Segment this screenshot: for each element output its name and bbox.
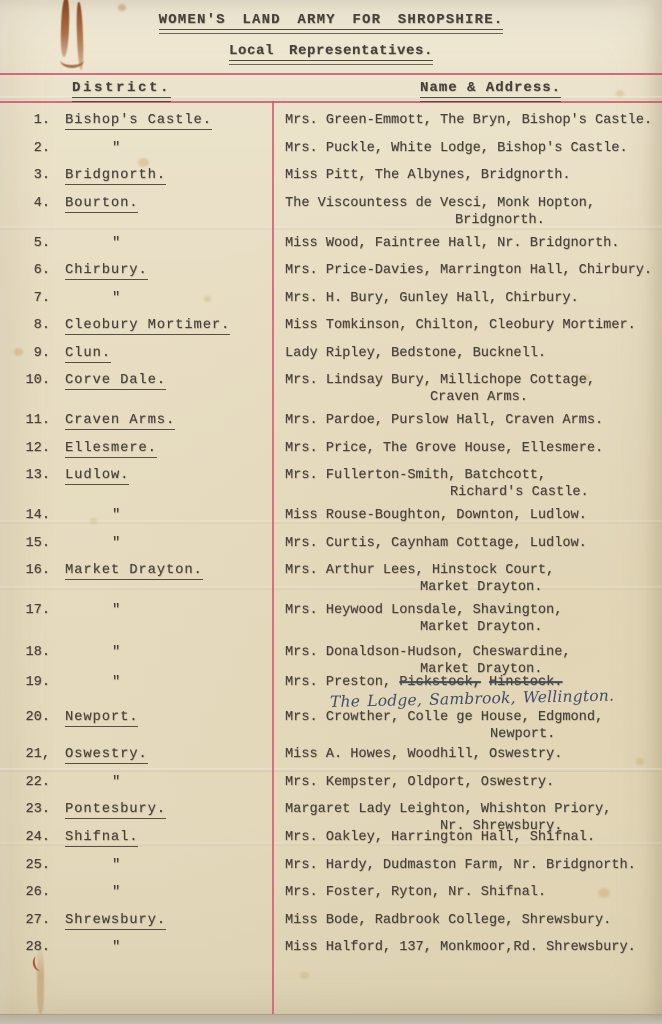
name-address-cell: Miss Rouse-Boughton, Downton, Ludlow.	[285, 507, 660, 524]
district-cell: Newport.	[65, 709, 138, 726]
address-line: Mrs. Fullerton-Smith, Batchcott,	[285, 467, 660, 484]
row-number: 25.	[18, 857, 50, 874]
row-number: 15.	[18, 535, 50, 552]
district-cell: "	[112, 644, 120, 661]
district-cell: Ellesmere.	[65, 440, 157, 457]
name-address-cell: The Viscountess de Vesci, Monk Hopton,Br…	[285, 195, 660, 229]
name-address-cell: Mrs. Arthur Lees, Hinstock Court,Market …	[285, 562, 660, 596]
address-line: Newport.	[490, 726, 660, 743]
address-text: Mrs. Preston,	[285, 675, 399, 690]
district-cell: Chirbury.	[65, 262, 148, 279]
district-cell: Pontesbury.	[65, 801, 166, 818]
table-row: 25. " Mrs. Hardy, Dudmaston Farm, Nr. Br…	[0, 857, 662, 874]
table-row: 13. Ludlow. Mrs. Fullerton-Smith, Batchc…	[0, 467, 662, 501]
table-row: 28. " Miss Halford, 137, Monkmoor,Rd. Sh…	[0, 939, 662, 956]
table-row: 2. " Mrs. Puckle, White Lodge, Bishop's …	[0, 140, 662, 157]
table-row: 20. Newport. Mrs. Crowther, Colle ge Hou…	[0, 709, 662, 743]
name-address-cell: Mrs. Fullerton-Smith, Batchcott,Richard'…	[285, 467, 660, 501]
district-cell: Bishop's Castle.	[65, 112, 212, 129]
table-row: 14. " Miss Rouse-Boughton, Downton, Ludl…	[0, 507, 662, 524]
row-number: 9.	[18, 345, 50, 362]
table-row: 17. " Mrs. Heywood Lonsdale, Shavington,…	[0, 602, 662, 636]
name-address-cell: Miss Pitt, The Albynes, Bridgnorth.	[285, 167, 660, 184]
name-address-cell: Mrs. H. Bury, Gunley Hall, Chirbury.	[285, 290, 660, 307]
row-number: 21,	[18, 746, 50, 763]
district-cell: Cleobury Mortimer.	[65, 317, 230, 334]
table-row: 18. " Mrs. Donaldson-Hudson, Cheswardine…	[0, 644, 662, 678]
district-cell: Clun.	[65, 345, 111, 362]
name-address-cell: Mrs. Preston, Pickstock, Hinstock.The Lo…	[285, 674, 660, 712]
row-number: 28.	[18, 939, 50, 956]
name-address-cell: Mrs. Puckle, White Lodge, Bishop's Castl…	[285, 140, 660, 157]
row-number: 26.	[18, 884, 50, 901]
district-cell: "	[112, 939, 120, 956]
district-cell: "	[112, 290, 120, 307]
district-cell: "	[112, 507, 120, 524]
horizontal-rule	[0, 73, 662, 75]
address-line: Mrs. Heywood Lonsdale, Shavington,	[285, 602, 660, 619]
row-number: 5.	[18, 235, 50, 252]
district-cell: Shrewsbury.	[65, 912, 166, 929]
table-row: 10. Corve Dale. Mrs. Lindsay Bury, Milli…	[0, 372, 662, 406]
district-cell: Shifnal.	[65, 829, 138, 846]
address-line: Miss A. Howes, Woodhill, Oswestry.	[285, 746, 660, 763]
district-cell: "	[112, 535, 120, 552]
document-subtitle-text: Local Representatives.	[229, 43, 433, 61]
struck-through-text: Pickstock,	[399, 675, 481, 690]
district-cell: "	[112, 235, 120, 252]
name-address-cell: Miss Wood, Faintree Hall, Nr. Bridgnorth…	[285, 235, 660, 252]
rows: 1. Bishop's Castle. Mrs. Green-Emmott, T…	[0, 112, 662, 967]
table-row: 26. " Mrs. Foster, Ryton, Nr. Shifnal.	[0, 884, 662, 901]
row-number: 20.	[18, 709, 50, 726]
name-address-cell: Mrs. Oakley, Harrington Hall, Shifnal.	[285, 829, 660, 846]
address-line: Mrs. Puckle, White Lodge, Bishop's Castl…	[285, 140, 660, 157]
name-address-cell: Mrs. Lindsay Bury, Millichope Cottage,Cr…	[285, 372, 660, 406]
name-address-cell: Miss Halford, 137, Monkmoor,Rd. Shrewsbu…	[285, 939, 660, 956]
fox-spot	[616, 90, 624, 97]
district-cell: "	[112, 884, 120, 901]
scan-edge	[0, 1014, 662, 1024]
address-line: Mrs. Price, The Grove House, Ellesmere.	[285, 440, 660, 457]
address-line: Mrs. H. Bury, Gunley Hall, Chirbury.	[285, 290, 660, 307]
table-row: 24. Shifnal. Mrs. Oakley, Harrington Hal…	[0, 829, 662, 846]
address-line: Mrs. Pardoe, Purslow Hall, Craven Arms.	[285, 412, 660, 429]
row-number: 10.	[18, 372, 50, 389]
address-line: Mrs. Lindsay Bury, Millichope Cottage,	[285, 372, 660, 389]
document-page: WOMEN'S LAND ARMY FOR SHROPSHIRE. Local …	[0, 0, 662, 1024]
district-cell: "	[112, 602, 120, 619]
name-address-cell: Lady Ripley, Bedstone, Bucknell.	[285, 345, 660, 362]
document-title-text: WOMEN'S LAND ARMY FOR SHROPSHIRE.	[159, 12, 504, 30]
table-row: 27. Shrewsbury. Miss Bode, Radbrook Coll…	[0, 912, 662, 929]
fox-spot	[118, 4, 126, 11]
name-address-cell: Mrs. Price, The Grove House, Ellesmere.	[285, 440, 660, 457]
address-line: Bridgnorth.	[455, 212, 660, 229]
district-cell: Bourton.	[65, 195, 138, 212]
row-number: 8.	[18, 317, 50, 334]
row-number: 11.	[18, 412, 50, 429]
name-address-cell: Mrs. Price-Davies, Marrington Hall, Chir…	[285, 262, 660, 279]
name-address-cell: Mrs. Green-Emmott, The Bryn, Bishop's Ca…	[285, 112, 660, 129]
name-address-cell: Mrs. Kempster, Oldport, Oswestry.	[285, 774, 660, 791]
address-line: Miss Wood, Faintree Hall, Nr. Bridgnorth…	[285, 235, 660, 252]
district-cell: Oswestry.	[65, 746, 148, 763]
row-number: 12.	[18, 440, 50, 457]
district-cell: Craven Arms.	[65, 412, 175, 429]
document-subtitle: Local Representatives.	[0, 43, 662, 65]
table-row: 4. Bourton. The Viscountess de Vesci, Mo…	[0, 195, 662, 229]
address-line: Richard's Castle.	[450, 484, 660, 501]
row-number: 16.	[18, 562, 50, 579]
address-line: Miss Rouse-Boughton, Downton, Ludlow.	[285, 507, 660, 524]
district-cell: "	[112, 774, 120, 791]
address-line: Mrs. Donaldson-Hudson, Cheswardine,	[285, 644, 660, 661]
address-line: Craven Arms.	[430, 389, 660, 406]
row-number: 22.	[18, 774, 50, 791]
address-line: The Viscountess de Vesci, Monk Hopton,	[285, 195, 660, 212]
document-title: WOMEN'S LAND ARMY FOR SHROPSHIRE.	[0, 12, 662, 34]
address-line: Lady Ripley, Bedstone, Bucknell.	[285, 345, 660, 362]
address-line: Mrs. Green-Emmott, The Bryn, Bishop's Ca…	[285, 112, 660, 129]
address-line: Mrs. Crowther, Colle ge House, Edgmond,	[285, 709, 660, 726]
address-line: Miss Bode, Radbrook College, Shrewsbury.	[285, 912, 660, 929]
row-number: 14.	[18, 507, 50, 524]
district-column-header: District.	[72, 80, 171, 102]
name-address-cell: Mrs. Donaldson-Hudson, Cheswardine,Marke…	[285, 644, 660, 678]
name-address-cell: Miss Tomkinson, Chilton, Cleobury Mortim…	[285, 317, 660, 334]
row-number: 23.	[18, 801, 50, 818]
table-row: 15. " Mrs. Curtis, Caynham Cottage, Ludl…	[0, 535, 662, 552]
address-line: Mrs. Foster, Ryton, Nr. Shifnal.	[285, 884, 660, 901]
row-number: 18.	[18, 644, 50, 661]
address-line: Miss Halford, 137, Monkmoor,Rd. Shrewsbu…	[285, 939, 660, 956]
table-row: 8. Cleobury Mortimer. Miss Tomkinson, Ch…	[0, 317, 662, 334]
address-line: Mrs. Price-Davies, Marrington Hall, Chir…	[285, 262, 660, 279]
district-cell: "	[112, 857, 120, 874]
district-cell: "	[112, 674, 120, 691]
name-address-cell: Mrs. Curtis, Caynham Cottage, Ludlow.	[285, 535, 660, 552]
address-line: Mrs. Hardy, Dudmaston Farm, Nr. Bridgnor…	[285, 857, 660, 874]
table-row: 5. " Miss Wood, Faintree Hall, Nr. Bridg…	[0, 235, 662, 252]
row-number: 13.	[18, 467, 50, 484]
name-address-cell: Miss Bode, Radbrook College, Shrewsbury.	[285, 912, 660, 929]
name-address-cell: Miss A. Howes, Woodhill, Oswestry.	[285, 746, 660, 763]
name-address-cell: Mrs. Pardoe, Purslow Hall, Craven Arms.	[285, 412, 660, 429]
table-row: 11. Craven Arms. Mrs. Pardoe, Purslow Ha…	[0, 412, 662, 429]
fox-spot	[300, 972, 309, 979]
address-line: Mrs. Curtis, Caynham Cottage, Ludlow.	[285, 535, 660, 552]
row-number: 7.	[18, 290, 50, 307]
table-row: 19. " Mrs. Preston, Pickstock, Hinstock.…	[0, 674, 662, 713]
table-row: 7. " Mrs. H. Bury, Gunley Hall, Chirbury…	[0, 290, 662, 307]
table-row: 9. Clun. Lady Ripley, Bedstone, Bucknell…	[0, 345, 662, 362]
row-number: 1.	[18, 112, 50, 129]
name-address-cell: Mrs. Heywood Lonsdale, Shavington,Market…	[285, 602, 660, 636]
name-address-cell: Mrs. Foster, Ryton, Nr. Shifnal.	[285, 884, 660, 901]
row-number: 3.	[18, 167, 50, 184]
name-address-cell: Mrs. Hardy, Dudmaston Farm, Nr. Bridgnor…	[285, 857, 660, 874]
row-number: 24.	[18, 829, 50, 846]
address-line: Market Drayton.	[420, 579, 660, 596]
address-line: Mrs. Oakley, Harrington Hall, Shifnal.	[285, 829, 660, 846]
address-line: Market Drayton.	[420, 619, 660, 636]
name-address-column-header: Name & Address.	[420, 80, 561, 102]
district-cell: "	[112, 140, 120, 157]
district-cell: Ludlow.	[65, 467, 129, 484]
address-line: Margaret Lady Leighton, Whishton Priory,	[285, 801, 660, 818]
district-cell: Bridgnorth.	[65, 167, 166, 184]
table-row: 22. " Mrs. Kempster, Oldport, Oswestry.	[0, 774, 662, 791]
row-number: 6.	[18, 262, 50, 279]
row-number: 4.	[18, 195, 50, 212]
address-line: Mrs. Arthur Lees, Hinstock Court,	[285, 562, 660, 579]
address-line: Miss Tomkinson, Chilton, Cleobury Mortim…	[285, 317, 660, 334]
table-row: 3. Bridgnorth. Miss Pitt, The Albynes, B…	[0, 167, 662, 184]
district-cell: Market Drayton.	[65, 562, 203, 579]
row-number: 27.	[18, 912, 50, 929]
table-row: 12. Ellesmere. Mrs. Price, The Grove Hou…	[0, 440, 662, 457]
table-row: 21, Oswestry. Miss A. Howes, Woodhill, O…	[0, 746, 662, 763]
district-cell: Corve Dale.	[65, 372, 166, 389]
row-number: 2.	[18, 140, 50, 157]
address-line: Miss Pitt, The Albynes, Bridgnorth.	[285, 167, 660, 184]
name-address-cell: Mrs. Crowther, Colle ge House, Edgmond,N…	[285, 709, 660, 743]
address-line: Mrs. Kempster, Oldport, Oswestry.	[285, 774, 660, 791]
row-number: 19.	[18, 674, 50, 691]
table-row: 1. Bishop's Castle. Mrs. Green-Emmott, T…	[0, 112, 662, 129]
table-row: 16. Market Drayton. Mrs. Arthur Lees, Hi…	[0, 562, 662, 596]
table-row: 6. Chirbury. Mrs. Price-Davies, Marringt…	[0, 262, 662, 279]
row-number: 17.	[18, 602, 50, 619]
